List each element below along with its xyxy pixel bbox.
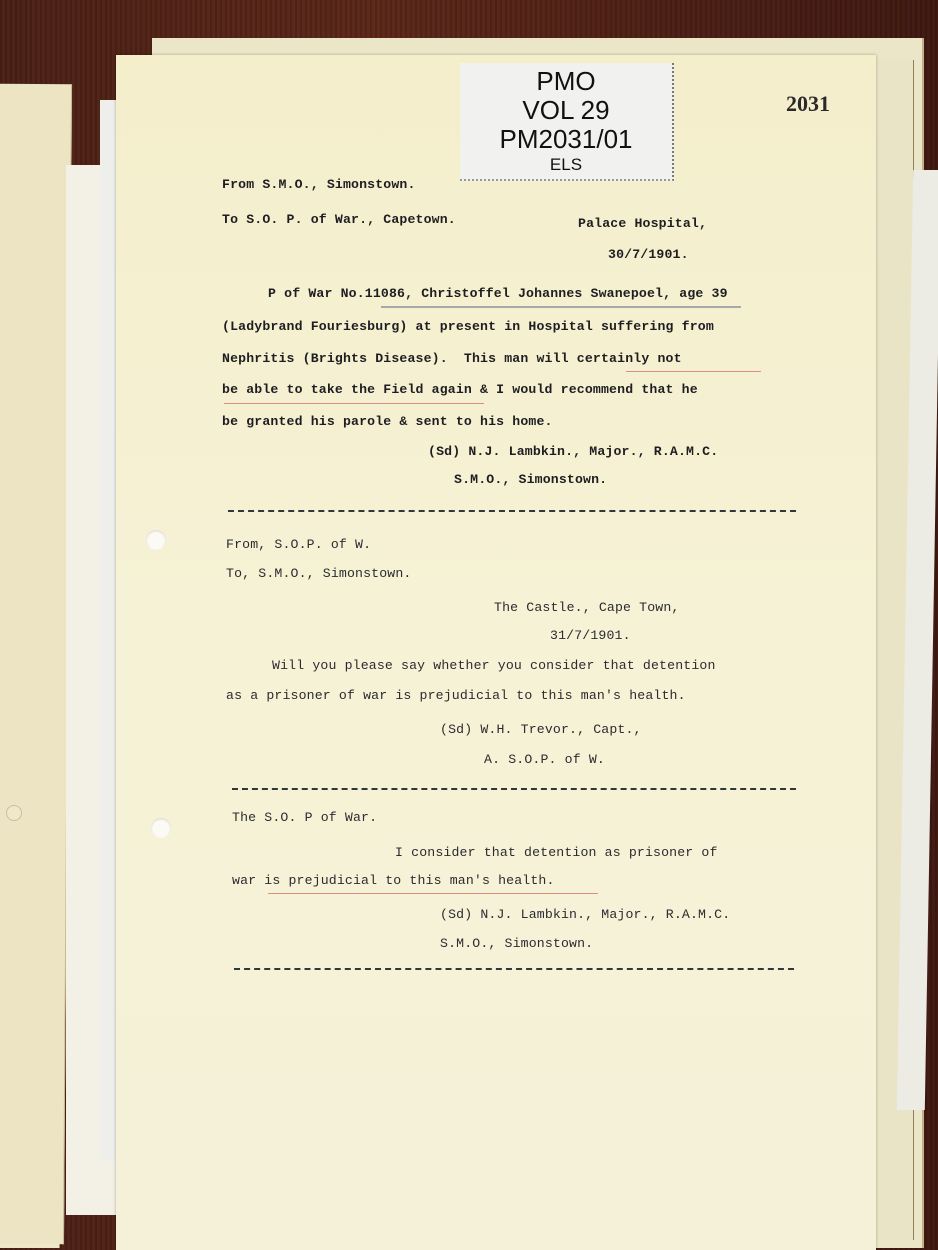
letter3-signature-title: S.M.O., Simonstown. — [440, 936, 593, 951]
letter2-body-line: as a prisoner of war is prejudicial to t… — [226, 688, 686, 703]
letter1-body-line: P of War No.11086, Christoffel Johannes … — [268, 286, 728, 301]
underline-mark-red — [224, 403, 484, 404]
underline-mark-red — [626, 371, 761, 372]
letter2-signature: (Sd) W.H. Trevor., Capt., — [440, 722, 642, 737]
underline-mark — [381, 306, 741, 308]
document-page: PMO VOL 29 PM2031/01 ELS 2031 From S.M.O… — [116, 55, 876, 1250]
punch-hole — [151, 818, 171, 838]
archive-label-series: PMO — [460, 67, 672, 96]
archive-label-code: ELS — [460, 154, 672, 175]
archive-label-reference: PM2031/01 — [460, 125, 672, 154]
letter2-signature-title: A. S.O.P. of W. — [484, 752, 605, 767]
letter1-signature: (Sd) N.J. Lambkin., Major., R.A.M.C. — [428, 444, 718, 459]
letter1-place: Palace Hospital, — [578, 216, 707, 231]
letter1-body-line: be granted his parole & sent to his home… — [222, 414, 553, 429]
letter2-to: To, S.M.O., Simonstown. — [226, 566, 411, 581]
underline-mark-red — [268, 893, 598, 894]
letter1-body-line: Nephritis (Brights Disease). This man wi… — [222, 351, 682, 366]
letter1-to: To S.O. P. of War., Capetown. — [222, 212, 456, 227]
letter2-place: The Castle., Cape Town, — [494, 600, 679, 615]
separator-rule — [232, 788, 796, 790]
separator-rule — [234, 968, 794, 970]
folio-number: 2031 — [786, 91, 830, 117]
letter3-to: The S.O. P of War. — [232, 810, 377, 825]
archive-label-volume: VOL 29 — [460, 96, 672, 125]
letter2-body-line: Will you please say whether you consider… — [272, 658, 716, 673]
left-sheet-punch-hole — [6, 805, 22, 821]
letter2-date: 31/7/1901. — [550, 628, 631, 643]
punch-hole — [146, 530, 166, 550]
letter1-signature-title: S.M.O., Simonstown. — [454, 472, 607, 487]
letter3-body-line: I consider that detention as prisoner of — [395, 845, 718, 860]
letter1-date: 30/7/1901. — [608, 247, 689, 262]
letter2-from: From, S.O.P. of W. — [226, 537, 371, 552]
letter3-body-line: war is prejudicial to this man's health. — [232, 873, 555, 888]
archive-label: PMO VOL 29 PM2031/01 ELS — [460, 63, 674, 181]
letter1-from: From S.M.O., Simonstown. — [222, 177, 416, 192]
left-sheet-front — [0, 84, 72, 1244]
letter3-signature: (Sd) N.J. Lambkin., Major., R.A.M.C. — [440, 907, 730, 922]
letter1-body-line: be able to take the Field again & I woul… — [222, 382, 698, 397]
separator-rule — [228, 510, 796, 512]
letter1-body-line: (Ladybrand Fouriesburg) at present in Ho… — [222, 319, 714, 334]
